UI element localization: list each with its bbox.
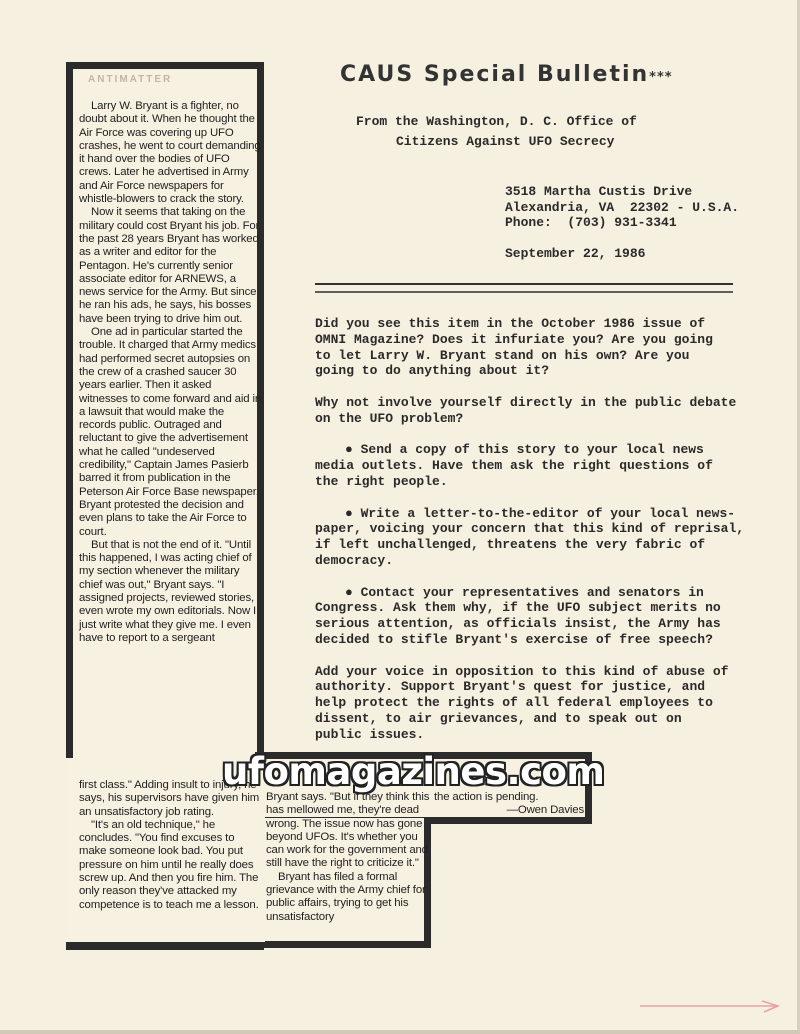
office-line-2: Citizens Against UFO Secrecy bbox=[356, 132, 637, 152]
clipping-column-3: the action is pending. —Owen Davies bbox=[434, 791, 584, 818]
body-paragraph: Did you see this item in the October 198… bbox=[315, 316, 755, 379]
clipping-paragraph: One ad in particular started the trouble… bbox=[79, 326, 263, 539]
office-line-1: From the Washington, D. C. Office of bbox=[356, 112, 637, 132]
letter-date: September 22, 1986 bbox=[505, 246, 645, 261]
letter-body: Did you see this item in the October 198… bbox=[315, 316, 755, 758]
address-city: Alexandria, VA 22302 - U.S.A. bbox=[505, 200, 739, 216]
clipping-heading: ANTIMATTER bbox=[88, 74, 172, 85]
bulletin-title-text: CAUS Special Bulletin bbox=[340, 62, 649, 87]
clipping-byline: —Owen Davies bbox=[434, 804, 584, 817]
clipping-paragraph: Bryant says. "But if they think this has… bbox=[266, 791, 431, 871]
divider-rule bbox=[315, 283, 733, 285]
bullet-item: ● Send a copy of this story to your loca… bbox=[315, 442, 755, 489]
office-line: From the Washington, D. C. Office of Cit… bbox=[356, 112, 637, 152]
clipping-paragraph: "It's an old technique," he concludes. "… bbox=[79, 819, 263, 912]
body-paragraph: Why not involve yourself directly in the… bbox=[315, 395, 755, 427]
divider-rule bbox=[315, 291, 733, 293]
scan-bottom-band bbox=[0, 1030, 800, 1034]
clipping-paragraph: Bryant has filed a formal grievance with… bbox=[266, 871, 431, 924]
address-phone: Phone: (703) 931-3341 bbox=[505, 215, 739, 231]
clipping-paragraph: Larry W. Bryant is a fighter, no doubt a… bbox=[79, 100, 263, 206]
arrow-right-icon bbox=[640, 1000, 785, 1015]
address-block: 3518 Martha Custis Drive Alexandria, VA … bbox=[505, 184, 739, 231]
clipping-column-1: Larry W. Bryant is a fighter, no doubt a… bbox=[79, 100, 263, 645]
title-stars: *** bbox=[649, 70, 672, 85]
address-street: 3518 Martha Custis Drive bbox=[505, 184, 739, 200]
bullet-item: ● Contact your representatives and senat… bbox=[315, 585, 755, 648]
body-paragraph: Add your voice in opposition to this kin… bbox=[315, 664, 755, 743]
clipping-paragraph: But that is not the end of it. "Until th… bbox=[79, 539, 263, 645]
clipping-column-1-lower: first class." Adding insult to injury, h… bbox=[79, 779, 263, 912]
clipping-paragraph: Now it seems that taking on the military… bbox=[79, 206, 263, 326]
bulletin-title: CAUS Special Bulletin*** bbox=[340, 62, 673, 87]
bullet-item: ● Write a letter-to-the-editor of your l… bbox=[315, 506, 755, 569]
clipping-column-2: Bryant says. "But if they think this has… bbox=[266, 791, 431, 924]
